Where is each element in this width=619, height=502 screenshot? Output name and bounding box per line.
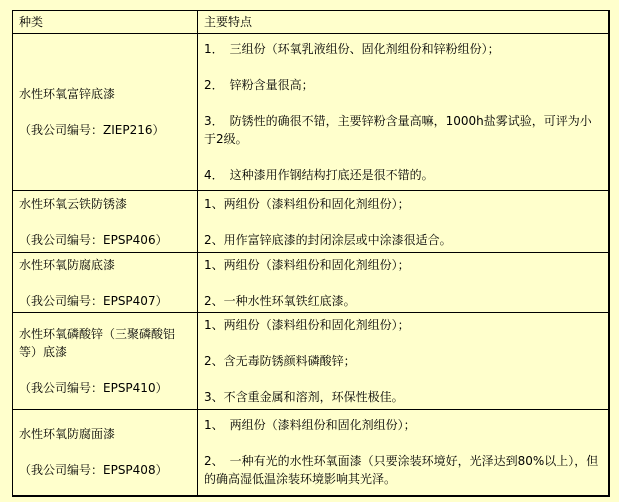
feature-item: 1、两组份（漆料组份和固化剂组份）； <box>204 316 602 334</box>
column-header-type: 种类 <box>13 11 198 34</box>
type-cell: 水性环氧防腐底漆 （我公司编号：EPSP407） <box>13 253 198 313</box>
paint-comparison-table: 种类 主要特点 水性环氧富锌底漆 （我公司编号：ZIEP216） 1． 三组份（… <box>12 10 610 497</box>
feature-item: 2． 锌粉含量很高； <box>204 76 602 94</box>
company-code: （我公司编号：EPSP408） <box>19 461 191 479</box>
features-cell: 1． 三组份（环氧乳液组份、固化剂组份和锌粉组份）； 2． 锌粉含量很高； 3．… <box>198 34 610 191</box>
paint-type-name: 水性环氧防腐面漆 <box>19 425 191 443</box>
document-page: 种类 主要特点 水性环氧富锌底漆 （我公司编号：ZIEP216） 1． 三组份（… <box>0 0 619 502</box>
table-header-row: 种类 主要特点 <box>13 11 610 34</box>
feature-item: 2、一种水性环氧铁红底漆。 <box>204 292 602 310</box>
company-code: （我公司编号：ZIEP216） <box>19 121 191 139</box>
feature-item: 2、用作富锌底漆的封闭涂层或中涂漆很适合。 <box>204 231 602 249</box>
paint-type-name: 水性环氧云铁防锈漆 <box>19 195 191 213</box>
features-cell: 1、两组份（漆料组份和固化剂组份）； 2、用作富锌底漆的封闭涂层或中涂漆很适合。 <box>198 191 610 253</box>
feature-item: 3、不含重金属和溶剂，环保性极佳。 <box>204 388 602 406</box>
table-row: 水性环氧防腐面漆 （我公司编号：EPSP408） 1、 两组份（漆料组份和固化剂… <box>13 410 610 496</box>
feature-item: 1． 三组份（环氧乳液组份、固化剂组份和锌粉组份）； <box>204 40 602 58</box>
paint-type-name: 水性环氧富锌底漆 <box>19 85 191 103</box>
type-cell: 水性环氧富锌底漆 （我公司编号：ZIEP216） <box>13 34 198 191</box>
paint-type-name: 水性环氧防腐底漆 <box>19 256 191 274</box>
type-cell: 水性环氧云铁防锈漆 （我公司编号：EPSP406） <box>13 191 198 253</box>
feature-item: 1、 两组份（漆料组份和固化剂组份）； <box>204 416 602 434</box>
column-header-features: 主要特点 <box>198 11 610 34</box>
company-code: （我公司编号：EPSP407） <box>19 292 191 310</box>
features-cell: 1、 两组份（漆料组份和固化剂组份）； 2、 一种有光的水性环氧面漆（只要涂装环… <box>198 410 610 496</box>
feature-item: 1、两组份（漆料组份和固化剂组份）； <box>204 195 602 213</box>
feature-item: 2、含无毒防锈颜料磷酸锌； <box>204 352 602 370</box>
table-row: 水性环氧云铁防锈漆 （我公司编号：EPSP406） 1、两组份（漆料组份和固化剂… <box>13 191 610 253</box>
table-row: 水性环氧磷酸锌（三聚磷酸铝等）底漆 （我公司编号：EPSP410） 1、两组份（… <box>13 313 610 410</box>
company-code: （我公司编号：EPSP406） <box>19 231 191 249</box>
feature-item: 3． 防锈性的确很不错，主要锌粉含量高嘛，1000h盐雾试验，可评为小于2级。 <box>204 112 602 148</box>
company-code: （我公司编号：EPSP410） <box>19 379 191 397</box>
features-cell: 1、两组份（漆料组份和固化剂组份）； 2、一种水性环氧铁红底漆。 <box>198 253 610 313</box>
type-cell: 水性环氧磷酸锌（三聚磷酸铝等）底漆 （我公司编号：EPSP410） <box>13 313 198 410</box>
type-cell: 水性环氧防腐面漆 （我公司编号：EPSP408） <box>13 410 198 496</box>
feature-item: 4． 这种漆用作钢结构打底还是很不错的。 <box>204 166 602 184</box>
feature-item: 2、 一种有光的水性环氧面漆（只要涂装环境好，光泽达到80%以上），但的确高湿低… <box>204 452 602 488</box>
table-row: 水性环氧防腐底漆 （我公司编号：EPSP407） 1、两组份（漆料组份和固化剂组… <box>13 253 610 313</box>
features-cell: 1、两组份（漆料组份和固化剂组份）； 2、含无毒防锈颜料磷酸锌； 3、不含重金属… <box>198 313 610 410</box>
table-row: 水性环氧富锌底漆 （我公司编号：ZIEP216） 1． 三组份（环氧乳液组份、固… <box>13 34 610 191</box>
paint-type-name: 水性环氧磷酸锌（三聚磷酸铝等）底漆 <box>19 325 191 361</box>
feature-item: 1、两组份（漆料组份和固化剂组份）； <box>204 256 602 274</box>
